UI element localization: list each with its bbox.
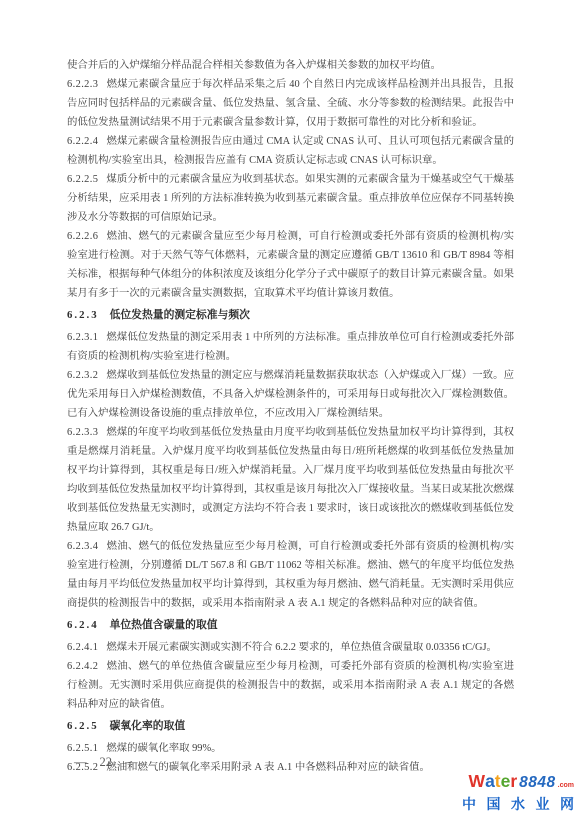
clause-number: 6.2.2.5	[67, 174, 98, 185]
clause-text: 燃油、燃气的单位热值含碳量应至少每月检测，可委托外部有资质的检测机构/实验室进行…	[67, 661, 514, 710]
clause-text: 燃油、燃气的低位发热量应至少每月检测，可自行检测或委托外部有资质的检测机构/实验…	[67, 541, 514, 609]
clause-text: 燃油、燃气的元素碳含量应至少每月检测，可自行检测或委托外部有资质的检测机构/实验…	[67, 231, 514, 299]
clause-paragraph: 6.2.2.6燃油、燃气的元素碳含量应至少每月检测，可自行检测或委托外部有资质的…	[67, 227, 514, 303]
logo-letter-w: W	[469, 772, 486, 791]
clause-number: 6.2.2.3	[67, 79, 98, 90]
section-heading: 6.2.5碳氧化率的取值	[67, 717, 514, 736]
clause-number: 6.2.5.1	[67, 743, 98, 754]
clause-text: 燃煤低位发热量的测定采用表 1 中所列的方法标准。重点排放单位可自行检测或委托外…	[67, 332, 514, 362]
clause-text: 燃煤元素碳含量检测报告应由通过 CMA 认定或 CNAS 认可、且认可项包括元素…	[67, 136, 514, 166]
logo-letter-a: a	[485, 772, 495, 791]
clause-number: 6.2.3.3	[67, 427, 98, 438]
clause-paragraph: 6.2.4.2燃油、燃气的单位热值含碳量应至少每月检测，可委托外部有资质的检测机…	[67, 657, 514, 714]
section-number: 6.2.5	[67, 720, 99, 732]
clause-text: 燃煤的年度平均收到基低位发热量由月度平均收到基低位发热量加权平均计算得到，其权重…	[67, 427, 514, 533]
clause-paragraph: 6.2.2.3燃煤元素碳含量应于每次样品采集之后 40 个自然日内完成该样品检测…	[67, 75, 514, 132]
clause-number: 6.2.4.1	[67, 642, 98, 653]
clause-number: 6.2.3.1	[67, 332, 98, 343]
logo-tld: .com	[558, 776, 574, 795]
logo-number: 8848	[519, 773, 555, 792]
logo-letter-r: r	[510, 772, 517, 791]
clause-paragraph: 6.2.3.3燃煤的年度平均收到基低位发热量由月度平均收到基低位发热量加权平均计…	[67, 423, 514, 537]
clause-text: 煤质分析中的元素碳含量应为收到基状态。如果实测的元素碳含量为干燥基或空气干燥基分…	[67, 174, 514, 223]
clause-paragraph: 6.2.3.1燃煤低位发热量的测定采用表 1 中所列的方法标准。重点排放单位可自…	[67, 328, 514, 366]
clause-number: 6.2.2.4	[67, 136, 98, 147]
clause-text: 燃煤的碳氧化率取 99%。	[106, 743, 221, 754]
clause-paragraph: 6.2.3.4燃油、燃气的低位发热量应至少每月检测，可自行检测或委托外部有资质的…	[67, 537, 514, 613]
continuation-paragraph: 使合并后的入炉煤缩分样品混合样相关参数值为各入炉煤相关参数的加权平均值。	[67, 56, 514, 75]
logo-letter-e: e	[501, 772, 511, 791]
page-number: 22	[100, 755, 113, 770]
clause-paragraph: 6.2.2.5煤质分析中的元素碳含量应为收到基状态。如果实测的元素碳含量为干燥基…	[67, 170, 514, 227]
section-title: 单位热值含碳量的取值	[110, 619, 218, 631]
clause-text: 燃煤未开展元素碳实测或实测不符合 6.2.2 要求的，单位热值含碳量取 0.03…	[106, 642, 497, 653]
clause-number: 6.2.3.4	[67, 541, 98, 552]
section-title: 低位发热量的测定标准与频次	[110, 309, 250, 321]
clause-paragraph: 6.2.3.2燃煤收到基低位发热量的测定应与燃煤消耗量数据获取状态（入炉煤或入厂…	[67, 366, 514, 423]
water8848-wordmark: W a t e r 8848 .com	[462, 772, 574, 795]
clause-number: 6.2.3.2	[67, 370, 98, 381]
section-title: 碳氧化率的取值	[110, 720, 186, 732]
document-text-block: 使合并后的入炉煤缩分样品混合样相关参数值为各入炉煤相关参数的加权平均值。 6.2…	[67, 56, 514, 777]
footer-dash-left: —	[74, 755, 87, 770]
clause-text: 燃煤元素碳含量应于每次样品采集之后 40 个自然日内完成该样品检测并出具报告，且…	[67, 79, 514, 128]
water8848-watermark: W a t e r 8848 .com 中国水业网	[462, 772, 574, 812]
document-page: { "document": { "blocks": [ { "kind": "c…	[0, 0, 580, 820]
clause-paragraph: 6.2.4.1燃煤未开展元素碳实测或实测不符合 6.2.2 要求的，单位热值含碳…	[67, 638, 514, 657]
clause-number: 6.2.2.6	[67, 231, 98, 242]
clause-number: 6.2.4.2	[67, 661, 98, 672]
section-number: 6.2.4	[67, 619, 99, 631]
page-footer: — 22 —	[74, 755, 138, 770]
footer-dash-right: —	[125, 755, 138, 770]
section-heading: 6.2.4单位热值含碳量的取值	[67, 616, 514, 635]
section-number: 6.2.3	[67, 309, 99, 321]
clause-text: 燃煤收到基低位发热量的测定应与燃煤消耗量数据获取状态（入炉煤或入厂煤）一致。应优…	[67, 370, 514, 419]
section-heading: 6.2.3低位发热量的测定标准与频次	[67, 306, 514, 325]
clause-paragraph: 6.2.2.4燃煤元素碳含量检测报告应由通过 CMA 认定或 CNAS 认可、且…	[67, 132, 514, 170]
paragraph-text: 使合并后的入炉煤缩分样品混合样相关参数值为各入炉煤相关参数的加权平均值。	[67, 60, 441, 71]
clause-text: 燃油和燃气的碳氧化率采用附录 A 表 A.1 中各燃料品种对应的缺省值。	[106, 762, 430, 773]
logo-subtitle: 中国水业网	[462, 796, 580, 812]
